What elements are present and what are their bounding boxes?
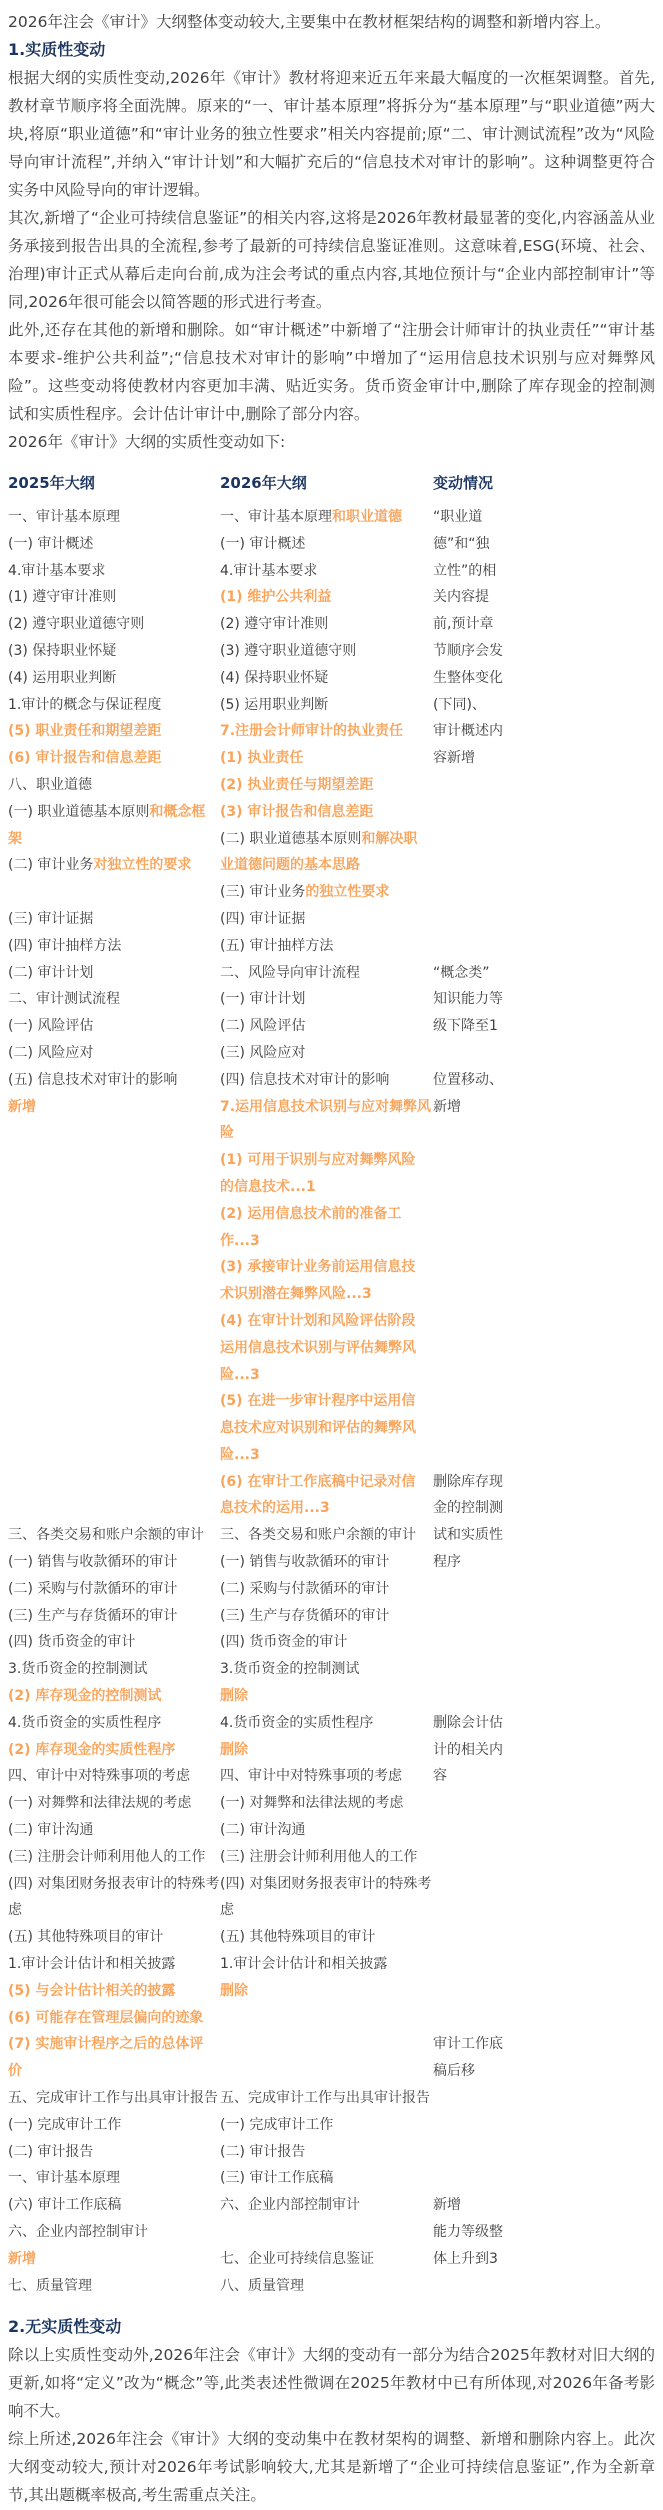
changed-text: (5) 职业责任和期望差距 (8, 723, 161, 739)
table-line: (5) 职业责任和期望差距 (8, 718, 220, 745)
paragraph: 此外,还存在其他的新增和删除。如“审计概述”中新增了“注册会计师审计的执业责任”… (8, 316, 655, 428)
table-line (433, 1388, 655, 1415)
table-line: 金的控制测 (433, 1495, 655, 1522)
table-line: (二) 审计报告 (8, 2139, 220, 2166)
table-line (8, 1147, 220, 1174)
changed-text: (2) 库存现金的控制测试 (8, 1688, 161, 1704)
table-line: (4) 保持职业怀疑 (220, 665, 433, 692)
outline-text: (四) 审计抽样方法 (8, 938, 121, 954)
changed-text: 对独立性的要求 (93, 857, 191, 873)
table-line: 八、质量管理 (220, 2273, 433, 2300)
table-line (8, 1442, 220, 1469)
table-line (433, 2165, 655, 2192)
table-line: 一、审计基本原理 (8, 2165, 220, 2192)
table-line: 运用信息技术识别与评估舞弊风 (220, 1335, 433, 1362)
table-line (433, 1576, 655, 1603)
outline-text: (四) 审计证据 (220, 911, 305, 927)
table-line: (五) 其他特殊项目的审计 (8, 1924, 220, 1951)
table-line (8, 1388, 220, 1415)
outline-text: 四、审计中对特殊事项的考虑 (8, 1768, 190, 1784)
changed-text: (6) 审计报告和信息差距 (8, 750, 161, 766)
table-line: (三) 审计业务的独立性要求 (220, 879, 433, 906)
column-header-changes: 变动情况 (433, 469, 655, 497)
table-line: (五) 其他特殊项目的审计 (220, 1924, 433, 1951)
table-line: 程序 (433, 1549, 655, 1576)
table-line (433, 1978, 655, 2005)
table-line (433, 1683, 655, 1710)
outline-text: 一、审计基本原理 (8, 509, 120, 525)
table-line (433, 1415, 655, 1442)
outline-text: 容 (433, 1768, 447, 1784)
table-line (433, 2085, 655, 2112)
outline-text: (三) 审计业务 (220, 884, 305, 900)
table-line: (6) 在审计工作底稿中记录对信 (220, 1469, 433, 1496)
column-body-2026: 一、审计基本原理和职业道德(一) 审计概述4.审计基本要求(1) 维护公共利益(… (220, 504, 433, 2299)
table-line: (6) 可能存在管理层偏向的迹象 (8, 2005, 220, 2032)
outline-text: (2) 遵守职业道德守则 (8, 616, 144, 632)
table-line: (一) 对舞弊和法律法规的考虑 (8, 1790, 220, 1817)
table-line: (二) 审计计划 (8, 960, 220, 987)
outline-text: 三、各类交易和账户余额的审计 (220, 1527, 416, 1543)
table-line: 审计工作底 (433, 2031, 655, 2058)
table-line: (四) 货币资金的审计 (8, 1629, 220, 1656)
outline-text: 程序 (433, 1554, 461, 1570)
outline-text: 前,预计章 (433, 616, 493, 632)
paragraph: 其次,新增了“企业可持续信息鉴证”的相关内容,这将是2026年教材最显著的变化,… (8, 204, 655, 316)
table-line: (六) 审计工作底稿 (8, 2192, 220, 2219)
table-line (433, 1120, 655, 1147)
table-line: (1) 可用于识别与应对舞弊风险 (220, 1147, 433, 1174)
outline-text: 1.审计会计估计和相关披露 (8, 1956, 175, 1972)
table-line: (二) 审计业务对独立性的要求 (8, 852, 220, 879)
outline-text: “概念类” (433, 965, 490, 981)
outline-text: (5) 运用职业判断 (220, 697, 328, 713)
table-line: 作...3 (220, 1228, 433, 1255)
table-line (433, 772, 655, 799)
table-line: (三) 生产与存货循环的审计 (220, 1603, 433, 1630)
table-line: (四) 货币资金的审计 (220, 1629, 433, 1656)
changed-text: 7.运用信息技术识别与应对舞弊风 (220, 1099, 431, 1115)
table-line: 一、审计基本原理 (8, 504, 220, 531)
outline-text: (一) 完成审计工作 (220, 2117, 333, 2133)
outline-text: 德”和“独 (433, 536, 490, 552)
outline-text: (二) 风险评估 (220, 1018, 305, 1034)
outline-text: (4) 运用职业判断 (8, 670, 116, 686)
table-line: 息技术应对识别和评估的舞弊风 (220, 1415, 433, 1442)
table-line: (1) 遵守审计准则 (8, 584, 220, 611)
changed-text: (5) 与会计估计相关的披露 (8, 1983, 175, 1999)
table-line (220, 2005, 433, 2032)
table-line: (一) 审计概述 (220, 531, 433, 558)
table-line: (2) 遵守审计准则 (220, 611, 433, 638)
table-line: 7.注册会计师审计的执业责任 (220, 718, 433, 745)
outline-text: (二) 采购与付款循环的审计 (220, 1581, 389, 1597)
outline-text: (2) 遵守审计准则 (220, 616, 328, 632)
table-line: 虑 (8, 1897, 220, 1924)
section-2-heading: 2.无实质性变动 (8, 2313, 655, 2341)
table-line (433, 2112, 655, 2139)
table-line: (5) 与会计估计相关的披露 (8, 1978, 220, 2005)
changed-text: 的独立性要求 (305, 884, 389, 900)
table-line: (一) 审计概述 (8, 531, 220, 558)
table-line: (2) 运用信息技术前的准备工 (220, 1201, 433, 1228)
table-line: 术识别潜在舞弊风险...3 (220, 1281, 433, 1308)
table-line: 息技术的运用...3 (220, 1495, 433, 1522)
outline-text: 知识能力等 (433, 991, 503, 1007)
table-line: 4.货币资金的实质性程序 (8, 1710, 220, 1737)
outline-text: 能力等级整 (433, 2224, 503, 2240)
outline-text: (五) 其他特殊项目的审计 (220, 1929, 375, 1945)
table-line (8, 1201, 220, 1228)
table-line: 五、完成审计工作与出具审计报告 (220, 2085, 433, 2112)
table-line: (一) 完成审计工作 (220, 2112, 433, 2139)
outline-text: (一) 对舞弊和法律法规的考虑 (8, 1795, 191, 1811)
changed-text: 删除 (220, 1742, 248, 1758)
table-line: 级下降至1 (433, 1013, 655, 1040)
table-line: 四、审计中对特殊事项的考虑 (220, 1763, 433, 1790)
table-line: 删除 (220, 1683, 433, 1710)
table-line: (二) 风险评估 (220, 1013, 433, 1040)
outline-text: (一) 销售与收款循环的审计 (8, 1554, 177, 1570)
table-line: (一) 销售与收款循环的审计 (220, 1549, 433, 1576)
table-line: (二) 审计报告 (220, 2139, 433, 2166)
outline-text: (二) 审计报告 (8, 2144, 93, 2160)
outline-text: 六、企业内部控制审计 (8, 2224, 148, 2240)
outline-text: 关内容提 (433, 589, 489, 605)
table-line: 六、企业内部控制审计 (220, 2192, 433, 2219)
outline-text: (三) 注册会计师利用他人的工作 (8, 1849, 205, 1865)
table-line: (三) 审计工作底稿 (220, 2165, 433, 2192)
outline-text: 虑 (220, 1902, 234, 1918)
outline-text: (三) 注册会计师利用他人的工作 (220, 1849, 417, 1865)
outline-text: (一) 审计概述 (220, 536, 305, 552)
table-line: 生整体变化 (433, 665, 655, 692)
outline-text: 八、职业道德 (8, 777, 92, 793)
outline-text: (二) 审计沟通 (220, 1822, 305, 1838)
table-line (433, 1308, 655, 1335)
outline-text: 1.审计的概念与保证程度 (8, 697, 161, 713)
table-line: 删除 (220, 1737, 433, 1764)
changed-text: 价 (8, 2063, 22, 2079)
table-line: 关内容提 (433, 584, 655, 611)
changed-text: (4) 在审计计划和风险评估阶段 (220, 1313, 415, 1329)
table-line: 四、审计中对特殊事项的考虑 (8, 1763, 220, 1790)
outline-text: 4.货币资金的实质性程序 (220, 1715, 373, 1731)
table-line: 7.运用信息技术识别与应对舞弊风 (220, 1094, 433, 1121)
outline-text: (一) 完成审计工作 (8, 2117, 121, 2133)
table-line: (五) 审计抽样方法 (220, 933, 433, 960)
table-line (433, 1201, 655, 1228)
outline-text: (二) 职业道德基本原则 (220, 831, 361, 847)
table-line: (2) 库存现金的实质性程序 (8, 1737, 220, 1764)
table-line: 4.货币资金的实质性程序 (220, 1710, 433, 1737)
table-line (8, 1335, 220, 1362)
table-line (433, 1362, 655, 1389)
table-line (433, 1924, 655, 1951)
table-line: (二) 采购与付款循环的审计 (8, 1576, 220, 1603)
table-line: 新增 (433, 1094, 655, 1121)
table-line (433, 906, 655, 933)
table-line: 审计概述内 (433, 718, 655, 745)
table-line: (一) 职业道德基本原则和概念框 (8, 799, 220, 826)
changed-text: (3) 承接审计业务前运用信息技 (220, 1259, 415, 1275)
table-line: 业道德问题的基本思路 (220, 852, 433, 879)
table-line: “职业道 (433, 504, 655, 531)
outline-text: 审计工作底 (433, 2036, 503, 2052)
table-line (433, 1040, 655, 1067)
table-line: (四) 对集团财务报表审计的特殊考 (8, 1871, 220, 1898)
outline-text: (一) 风险评估 (8, 1018, 93, 1034)
column-header-2026: 2026年大纲 (220, 469, 433, 497)
outline-text: (三) 风险应对 (220, 1045, 305, 1061)
table-line: 立性”的相 (433, 558, 655, 585)
changed-text: (2) 运用信息技术前的准备工 (220, 1206, 401, 1222)
table-line (433, 1844, 655, 1871)
outline-text: (二) 审计沟通 (8, 1822, 93, 1838)
table-line: 4.审计基本要求 (8, 558, 220, 585)
paragraph: 根据大纲的实质性变动,2026年《审计》教材将迎来近五年来最大幅度的一次框架调整… (8, 64, 655, 204)
table-line: (1) 执业责任 (220, 745, 433, 772)
changed-text: (6) 可能存在管理层偏向的迹象 (8, 2010, 203, 2026)
table-line: (2) 遵守职业道德守则 (8, 611, 220, 638)
outline-text: 一、审计基本原理 (220, 509, 332, 525)
table-line: (4) 在审计计划和风险评估阶段 (220, 1308, 433, 1335)
outline-text: 位置移动、 (433, 1072, 503, 1088)
outline-text: 虑 (8, 1902, 22, 1918)
table-line: 3.货币资金的控制测试 (220, 1656, 433, 1683)
outline-text: (下同)、 (433, 697, 486, 713)
table-line (8, 1415, 220, 1442)
table-line (433, 1281, 655, 1308)
table-line: (3) 保持职业怀疑 (8, 638, 220, 665)
changed-text: 新增 (8, 2251, 36, 2267)
table-line: 新增 (433, 2192, 655, 2219)
table-column-2026: 2026年大纲 一、审计基本原理和职业道德(一) 审计概述4.审计基本要求(1)… (220, 469, 433, 2299)
changed-text: 险...3 (220, 1447, 260, 1463)
table-line: 七、企业可持续信息鉴证 (220, 2246, 433, 2273)
outline-text: (五) 其他特殊项目的审计 (8, 1929, 163, 1945)
table-line (8, 1228, 220, 1255)
outline-text: 4.审计基本要求 (220, 563, 317, 579)
table-line (433, 799, 655, 826)
table-line: 的信息技术...1 (220, 1174, 433, 1201)
table-line (8, 1362, 220, 1389)
table-line (433, 1254, 655, 1281)
changed-text: 业道德问题的基本思路 (220, 857, 360, 873)
table-line: (一) 完成审计工作 (8, 2112, 220, 2139)
table-line: 德”和“独 (433, 531, 655, 558)
table-line (220, 2219, 433, 2246)
outline-text: 新增 (433, 2197, 461, 2213)
table-line: 删除库存现 (433, 1469, 655, 1496)
outline-text: (三) 审计证据 (8, 911, 93, 927)
table-line: 节顺序会发 (433, 638, 655, 665)
outline-text: 七、质量管理 (8, 2278, 92, 2294)
table-line: 体上升到3 (433, 2246, 655, 2273)
table-line: 知识能力等 (433, 986, 655, 1013)
table-line: (四) 对集团财务报表审计的特殊考 (220, 1871, 433, 1898)
changed-text: 的信息技术...1 (220, 1179, 316, 1195)
table-line: 三、各类交易和账户余额的审计 (220, 1522, 433, 1549)
table-line: (三) 生产与存货循环的审计 (8, 1603, 220, 1630)
table-line: (二) 审计沟通 (8, 1817, 220, 1844)
table-line: (四) 审计抽样方法 (8, 933, 220, 960)
table-line: (五) 信息技术对审计的影响 (8, 1067, 220, 1094)
outline-text: 体上升到3 (433, 2251, 498, 2267)
table-line (433, 1442, 655, 1469)
table-line (8, 1495, 220, 1522)
table-line: (三) 注册会计师利用他人的工作 (8, 1844, 220, 1871)
table-line: (二) 风险应对 (8, 1040, 220, 1067)
table-line: (3) 审计报告和信息差距 (220, 799, 433, 826)
outline-text: 新增 (433, 1099, 461, 1115)
table-line: (6) 审计报告和信息差距 (8, 745, 220, 772)
table-line (433, 933, 655, 960)
table-line: (二) 审计沟通 (220, 1817, 433, 1844)
table-line: (一) 审计计划 (220, 986, 433, 1013)
table-line (433, 1629, 655, 1656)
table-line: 4.审计基本要求 (220, 558, 433, 585)
table-line (8, 1254, 220, 1281)
outline-text: (二) 审计报告 (220, 2144, 305, 2160)
table-line: (7) 实施审计程序之后的总体评 (8, 2031, 220, 2058)
table-line (8, 1308, 220, 1335)
outline-text: (1) 遵守审计准则 (8, 589, 116, 605)
table-line (433, 879, 655, 906)
table-line: 二、风险导向审计流程 (220, 960, 433, 987)
outline-text: 计的相关内 (433, 1742, 503, 1758)
paragraph: 2026年《审计》大纲的实质性变动如下: (8, 428, 655, 456)
outline-text: (四) 信息技术对审计的影响 (220, 1072, 389, 1088)
table-line: 1.审计会计估计和相关披露 (220, 1951, 433, 1978)
paragraph: 综上所述,2026年注会《审计》大纲的变动集中在教材架构的调整、新增和删除内容上… (8, 2425, 655, 2509)
changed-text: (2) 库存现金的实质性程序 (8, 1742, 175, 1758)
outline-text: “职业道 (433, 509, 482, 525)
outline-text: 六、企业内部控制审计 (220, 2197, 360, 2213)
table-line: (四) 审计证据 (220, 906, 433, 933)
table-line: 六、企业内部控制审计 (8, 2219, 220, 2246)
outline-text: 节顺序会发 (433, 643, 503, 659)
section-1-heading: 1.实质性变动 (8, 36, 655, 64)
outline-text: (3) 遵守职业道德守则 (220, 643, 356, 659)
column-body-2025: 一、审计基本原理(一) 审计概述4.审计基本要求(1) 遵守审计准则(2) 遵守… (8, 504, 220, 2299)
outline-text: (二) 审计业务 (8, 857, 93, 873)
outline-text: 七、企业可持续信息鉴证 (220, 2251, 374, 2267)
outline-text: (一) 对舞弊和法律法规的考虑 (220, 1795, 403, 1811)
table-line: 1.审计的概念与保证程度 (8, 692, 220, 719)
table-line (433, 1147, 655, 1174)
table-line: 五、完成审计工作与出具审计报告 (8, 2085, 220, 2112)
table-line: 险...3 (220, 1362, 433, 1389)
table-line: 险 (220, 1120, 433, 1147)
outline-text: (四) 对集团财务报表审计的特殊考 (220, 1876, 431, 1892)
table-line: (三) 风险应对 (220, 1040, 433, 1067)
outline-text: (三) 生产与存货循环的审计 (220, 1608, 389, 1624)
changed-text: 新增 (8, 1099, 36, 1115)
outline-text: 删除库存现 (433, 1474, 503, 1490)
table-line: (3) 承接审计业务前运用信息技 (220, 1254, 433, 1281)
table-line: (2) 库存现金的控制测试 (8, 1683, 220, 1710)
table-line: (3) 遵守职业道德守则 (220, 638, 433, 665)
table-line: 新增 (8, 2246, 220, 2273)
table-line (8, 1281, 220, 1308)
table-line: (二) 职业道德基本原则和解决职 (220, 826, 433, 853)
outline-text: (二) 风险应对 (8, 1045, 93, 1061)
table-line (8, 1120, 220, 1147)
outline-text: (一) 职业道德基本原则 (8, 804, 149, 820)
outline-text: 3.货币资金的控制测试 (8, 1661, 147, 1677)
table-line: (下同)、 (433, 692, 655, 719)
outline-comparison-table: 2025年大纲 一、审计基本原理(一) 审计概述4.审计基本要求(1) 遵守审计… (8, 469, 655, 2299)
outline-text: (五) 信息技术对审计的影响 (8, 1072, 177, 1088)
outline-text: (四) 货币资金的审计 (220, 1634, 347, 1650)
table-column-changes: 变动情况 “职业道德”和“独立性”的相关内容提前,预计章节顺序会发生整体变化(下… (433, 469, 655, 2273)
outline-text: 二、审计测试流程 (8, 991, 120, 1007)
outline-text: (4) 保持职业怀疑 (220, 670, 328, 686)
table-line: 容新增 (433, 745, 655, 772)
table-line (433, 1951, 655, 1978)
outline-text: (一) 审计计划 (220, 991, 305, 1007)
outline-text: (3) 保持职业怀疑 (8, 643, 116, 659)
table-line (433, 2005, 655, 2032)
table-line: (5) 在进一步审计程序中运用信 (220, 1388, 433, 1415)
table-line (220, 2031, 433, 2058)
changed-text: 险...3 (220, 1367, 260, 1383)
outline-text: 4.审计基本要求 (8, 563, 105, 579)
changed-text: (7) 实施审计程序之后的总体评 (8, 2036, 203, 2052)
changed-text: 息技术应对识别和评估的舞弊风 (220, 1420, 416, 1436)
table-line: (2) 执业责任与期望差距 (220, 772, 433, 799)
outline-text: 删除会计估 (433, 1715, 503, 1731)
table-line: 一、审计基本原理和职业道德 (220, 504, 433, 531)
changed-text: 删除 (220, 1983, 248, 1999)
outline-text: (一) 审计概述 (8, 536, 93, 552)
table-line: (1) 维护公共利益 (220, 584, 433, 611)
table-column-2025: 2025年大纲 一、审计基本原理(一) 审计概述4.审计基本要求(1) 遵守审计… (8, 469, 220, 2299)
changed-text: (5) 在进一步审计程序中运用信 (220, 1393, 415, 1409)
table-line: 前,预计章 (433, 611, 655, 638)
table-line (433, 1228, 655, 1255)
table-line: 七、质量管理 (8, 2273, 220, 2300)
table-line: 八、职业道德 (8, 772, 220, 799)
changed-text: 架 (8, 831, 22, 847)
table-line: 删除 (220, 1978, 433, 2005)
outline-text: 四、审计中对特殊事项的考虑 (220, 1768, 402, 1784)
article-page: 2026年注会《审计》大纲整体变动较大,主要集中在教材框架结构的调整和新增内容上… (0, 0, 663, 2509)
outline-text: (六) 审计工作底稿 (8, 2197, 121, 2213)
table-line: 容 (433, 1763, 655, 1790)
outline-text: 试和实质性 (433, 1527, 503, 1543)
outline-text: 八、质量管理 (220, 2278, 304, 2294)
table-line (433, 1335, 655, 1362)
changed-text: (1) 可用于识别与应对舞弊风险 (220, 1152, 415, 1168)
outline-text: (二) 审计计划 (8, 965, 93, 981)
table-line: (一) 风险评估 (8, 1013, 220, 1040)
changed-text: (2) 执业责任与期望差距 (220, 777, 373, 793)
table-line: 虑 (220, 1897, 433, 1924)
outline-text: 立性”的相 (433, 563, 496, 579)
table-line: 3.货币资金的控制测试 (8, 1656, 220, 1683)
table-line (433, 1817, 655, 1844)
table-line: (二) 采购与付款循环的审计 (220, 1576, 433, 1603)
table-line (433, 2139, 655, 2166)
changed-text: (3) 审计报告和信息差距 (220, 804, 373, 820)
table-line (8, 1174, 220, 1201)
outline-text: 3.货币资金的控制测试 (220, 1661, 359, 1677)
table-line: (5) 运用职业判断 (220, 692, 433, 719)
outline-text: (四) 对集团财务报表审计的特殊考 (8, 1876, 219, 1892)
table-line: 新增 (8, 1094, 220, 1121)
